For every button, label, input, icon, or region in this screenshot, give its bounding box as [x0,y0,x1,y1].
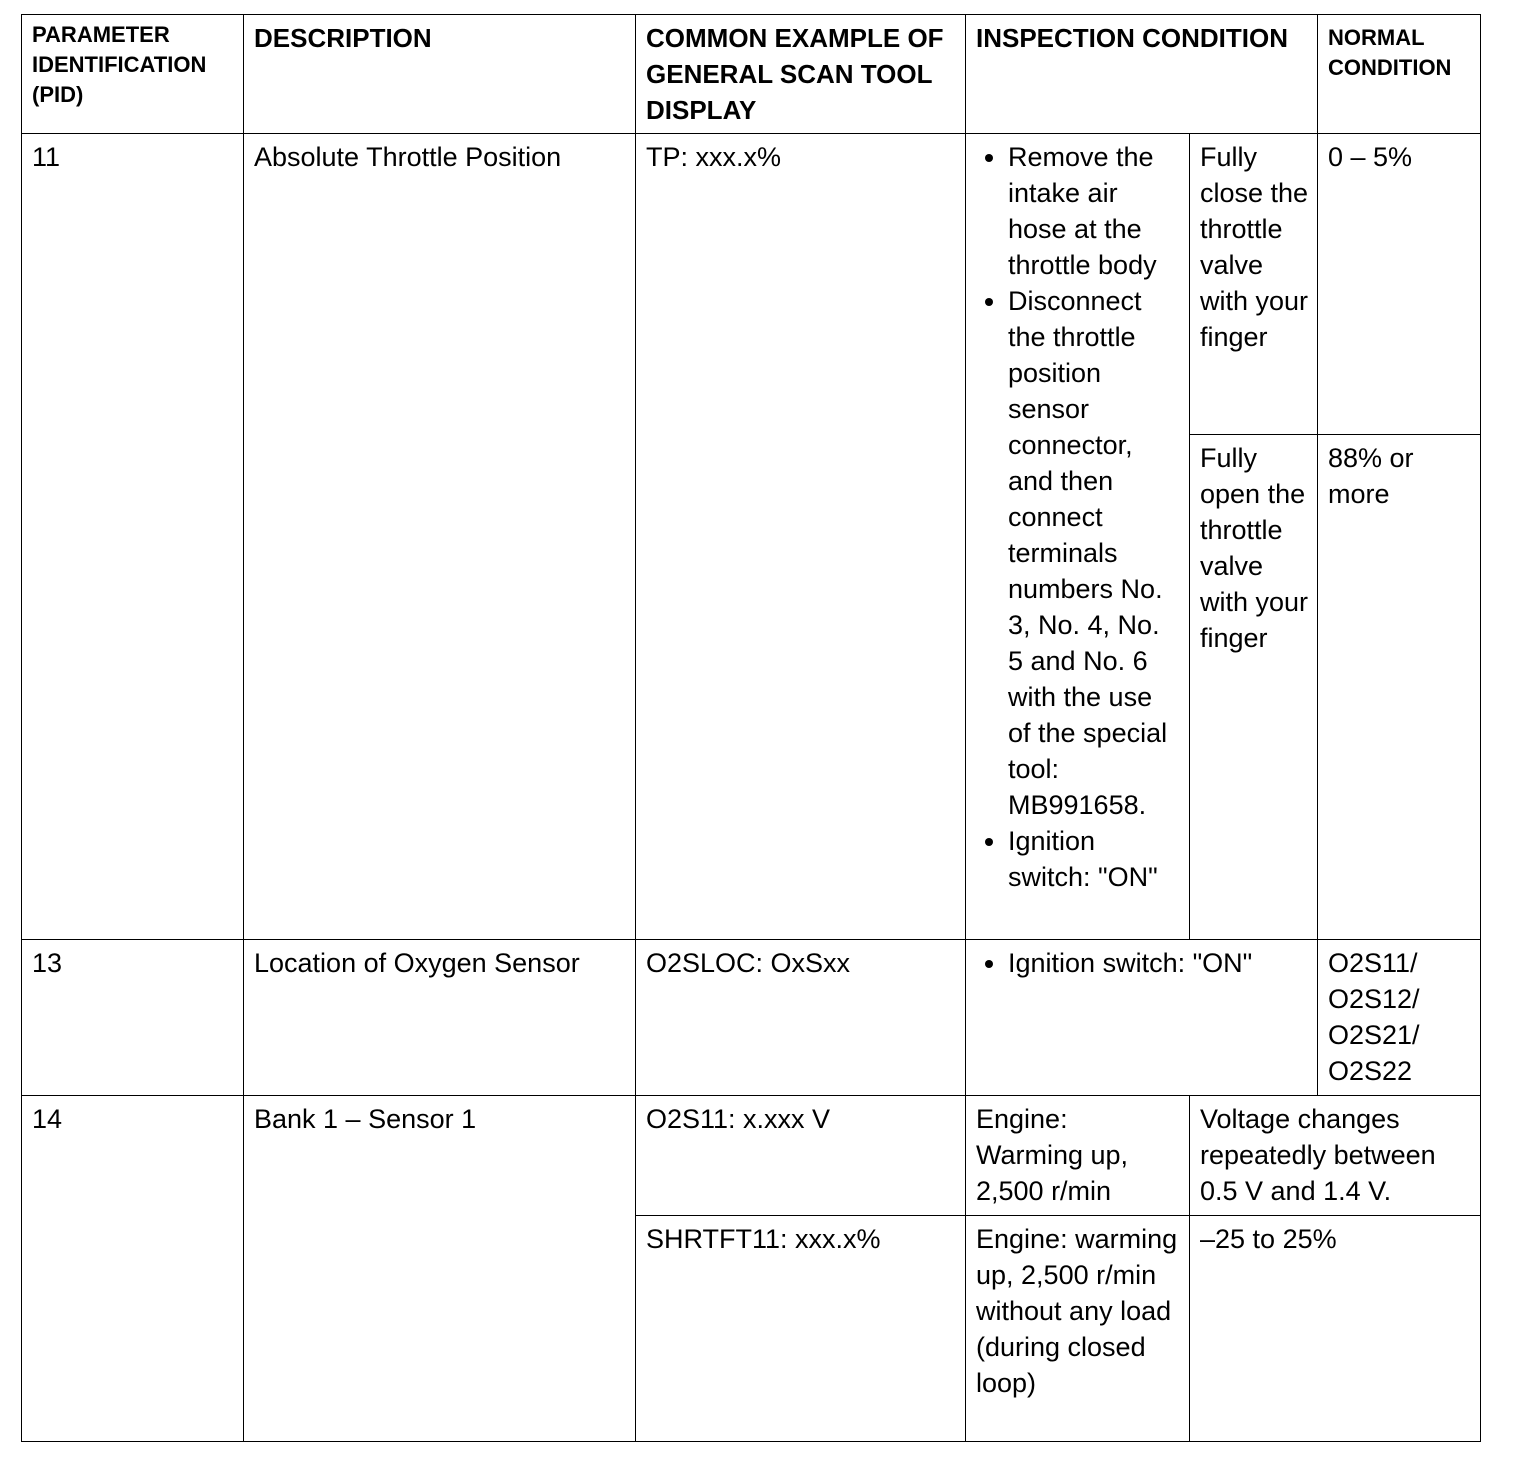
inspection-bullet-list: Remove the intake air hose at the thrott… [970,139,1181,895]
row-14-sub2-display: SHRTFT11: xxx.x% [635,1215,966,1442]
row-14-pid: 14 [21,1095,244,1442]
row-11-sub2-normal: 88% or more [1317,434,1481,940]
row-14-sub1-condition: Engine: Warming up, 2,500 r/min [965,1095,1190,1216]
row-13-inspection: Ignition switch: "ON" [965,939,1318,1096]
pid-table: PARAMETER IDENTIFICATION (PID) DESCRIPTI… [21,14,1481,1442]
row-11-inspection: Remove the intake air hose at the thrott… [965,133,1190,940]
inspection-bullet: Ignition switch: "ON" [1008,823,1181,895]
row-11-sub1-normal: 0 – 5% [1317,133,1481,435]
row-14-sub2-normal: –25 to 25% [1189,1215,1481,1442]
row-11-pid: 11 [21,133,244,940]
header-inspection-condition: INSPECTION CONDITION [965,14,1318,134]
row-13-display: O2SLOC: OxSxx [635,939,966,1096]
inspection-bullet-list: Ignition switch: "ON" [970,945,1309,981]
row-11-display: TP: xxx.x% [635,133,966,940]
row-11-description: Absolute Throttle Position [243,133,636,940]
row-11-sub1-condition: Fully close the throttle valve with your… [1189,133,1318,435]
header-scan-tool-display: COMMON EXAMPLE OF GENERAL SCAN TOOL DISP… [635,14,966,134]
inspection-bullet: Ignition switch: "ON" [1008,945,1309,981]
row-11-sub2-condition: Fully open the throttle valve with your … [1189,434,1318,940]
header-pid: PARAMETER IDENTIFICATION (PID) [21,14,244,134]
row-14-sub1-normal: Voltage changes repeatedly between 0.5 V… [1189,1095,1481,1216]
inspection-bullet: Disconnect the throttle position sensor … [1008,283,1181,823]
row-13-description: Location of Oxygen Sensor [243,939,636,1096]
row-14-sub2-condition: Engine: warming up, 2,500 r/min without … [965,1215,1190,1442]
inspection-bullet: Remove the intake air hose at the thrott… [1008,139,1181,283]
row-14-sub1-display: O2S11: x.xxx V [635,1095,966,1216]
header-normal-condition: NORMAL CONDITION [1317,14,1481,134]
row-13-normal: O2S11/ O2S12/ O2S21/ O2S22 [1317,939,1481,1096]
header-description: DESCRIPTION [243,14,636,134]
row-14-description: Bank 1 – Sensor 1 [243,1095,636,1442]
row-13-pid: 13 [21,939,244,1096]
